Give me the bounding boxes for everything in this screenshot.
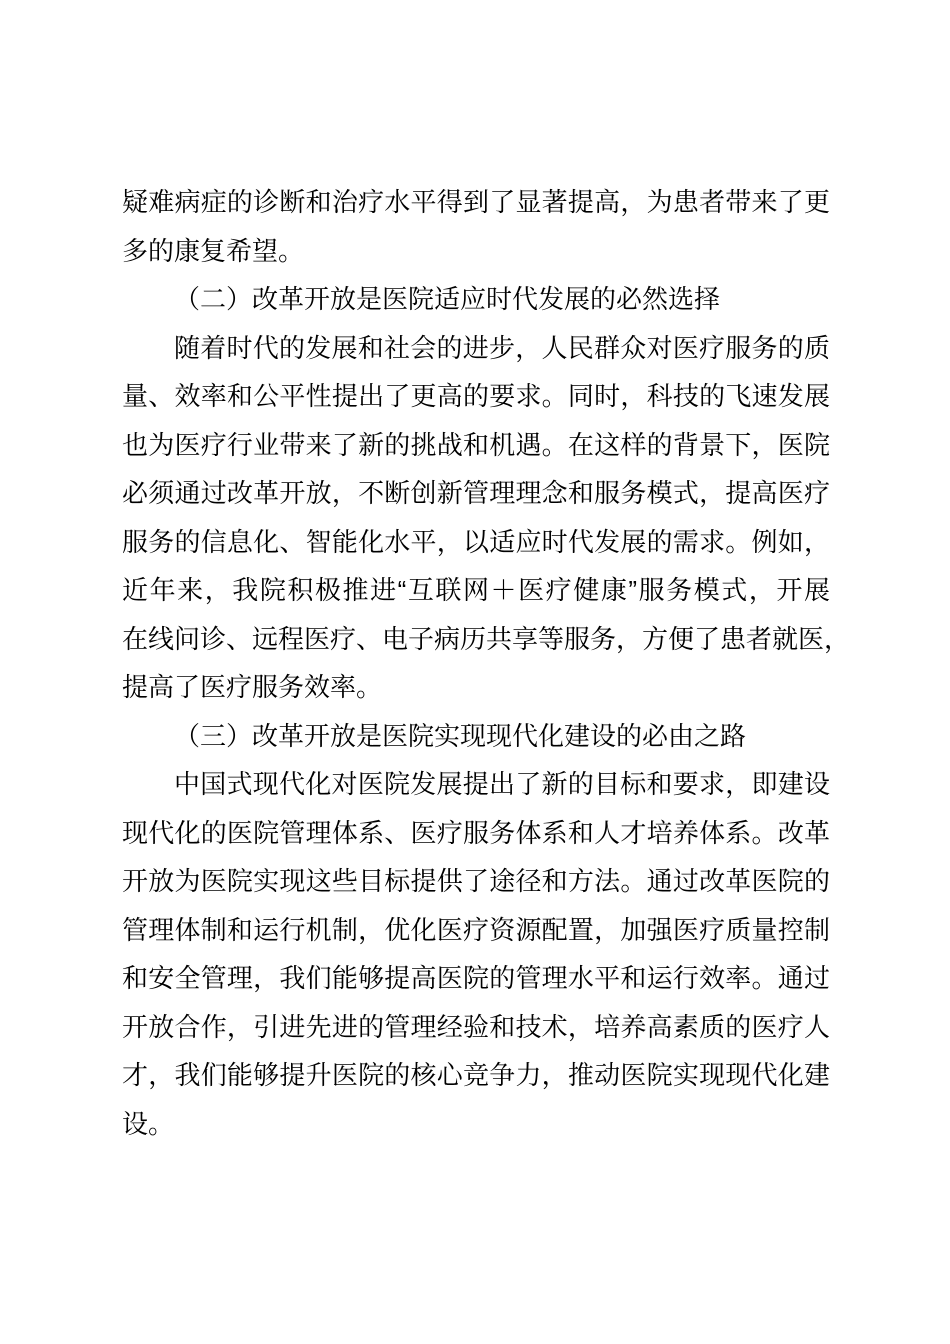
text-line: 中国式现代化对医院发展提出了新的目标和要求，即建设 <box>122 760 830 809</box>
text-line: 和安全管理，我们能够提高医院的管理水平和运行效率。通过 <box>122 954 830 1003</box>
text-line: 疑难病症的诊断和治疗水平得到了显著提高，为患者带来了更 <box>122 178 830 227</box>
text-line: 在线问诊、远程医疗、电子病历共享等服务，方便了患者就医， <box>122 615 830 664</box>
text-line: 也为医疗行业带来了新的挑战和机遇。在这样的背景下，医院 <box>122 421 830 470</box>
text-line: 服务的信息化、智能化水平，以适应时代发展的需求。例如， <box>122 518 830 567</box>
text-line: 必须通过改革开放，不断创新管理理念和服务模式，提高医疗 <box>122 469 830 518</box>
document-page: 疑难病症的诊断和治疗水平得到了显著提高，为患者带来了更多的康复希望。（二）改革开… <box>0 0 950 1344</box>
section-heading: （三）改革开放是医院实现现代化建设的必由之路 <box>122 712 830 761</box>
text-line: 现代化的医院管理体系、医疗服务体系和人才培养体系。改革 <box>122 809 830 858</box>
text-line: 设。 <box>122 1100 830 1149</box>
text-line: 管理体制和运行机制，优化医疗资源配置，加强医疗质量控制 <box>122 906 830 955</box>
text-line: 开放合作，引进先进的管理经验和技术，培养高素质的医疗人 <box>122 1003 830 1052</box>
text-line: 才，我们能够提升医院的核心竞争力，推动医院实现现代化建 <box>122 1051 830 1100</box>
text-line: 随着时代的发展和社会的进步，人民群众对医疗服务的质 <box>122 324 830 373</box>
document-text-block: 疑难病症的诊断和治疗水平得到了显著提高，为患者带来了更多的康复希望。（二）改革开… <box>122 178 830 1148</box>
section-heading: （二）改革开放是医院适应时代发展的必然选择 <box>122 275 830 324</box>
text-line: 开放为医院实现这些目标提供了途径和方法。通过改革医院的 <box>122 857 830 906</box>
text-line: 量、效率和公平性提出了更高的要求。同时，科技的飞速发展 <box>122 372 830 421</box>
text-line: 多的康复希望。 <box>122 227 830 276</box>
text-line: 提高了医疗服务效率。 <box>122 663 830 712</box>
text-line: 近年来，我院积极推进“互联网＋医疗健康”服务模式，开展 <box>122 566 830 615</box>
